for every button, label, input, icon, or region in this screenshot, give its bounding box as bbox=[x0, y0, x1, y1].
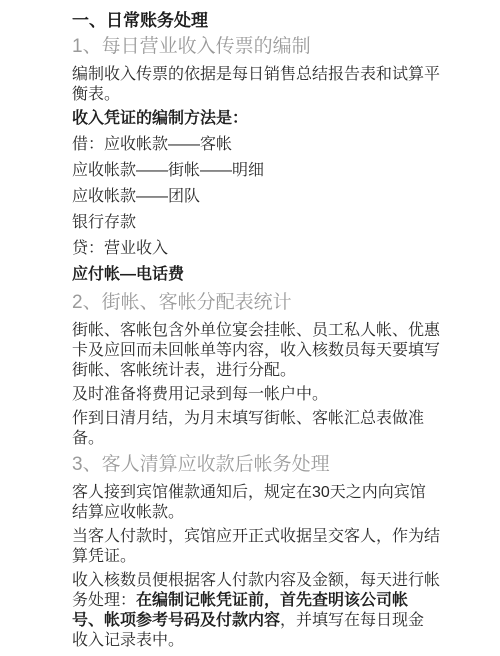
paragraph-record-fees: 及时准备将费用记录到每一帐户中。 bbox=[72, 385, 440, 405]
ledger-line-credit-revenue: 贷：营业收入 bbox=[72, 239, 440, 259]
paragraph-basis: 编制收入传票的依据是每日销售总结报告表和试算平衡表。 bbox=[72, 65, 440, 105]
ledger-line-street-detail: 应收帐款——街帐——明细 bbox=[72, 161, 440, 181]
paragraph-auditor-procedure: 收入核数员便根据客人付款内容及金额，每天进行帐务处理：在编制记帐凭证前，首先查明… bbox=[72, 571, 440, 651]
paragraph-daily-monthly-settle: 作到日清月结，为月末填写街帐、客帐汇总表做准备。 bbox=[72, 409, 440, 449]
ledger-line-payable-phone: 应付帐—电话费 bbox=[72, 265, 440, 285]
ledger-line-debit-guest: 借：应收帐款——客帐 bbox=[72, 135, 440, 155]
step-heading-2: 2、街帐、客帐分配表统计 bbox=[72, 291, 440, 315]
paragraph-street-guest-accounts: 街帐、客帐包含外单位宴会挂帐、员工私人帐、优惠卡及应回而未回帐单等内容，收入核数… bbox=[72, 321, 440, 381]
article: 一、日常账务处理 1、每日营业收入传票的编制 编制收入传票的依据是每日销售总结报… bbox=[0, 0, 500, 651]
paragraph-receipt: 当客人付款时，宾馆应开正式收据呈交客人，作为结算凭证。 bbox=[72, 527, 440, 567]
method-heading: 收入凭证的编制方法是： bbox=[72, 109, 440, 129]
step-heading-1: 1、每日营业收入传票的编制 bbox=[72, 35, 440, 59]
step-heading-3: 3、客人清算应收款后帐务处理 bbox=[72, 453, 440, 477]
ledger-line-group: 应收帐款——团队 bbox=[72, 187, 440, 207]
ledger-line-bank-deposit: 银行存款 bbox=[72, 213, 440, 233]
paragraph-payment-notice: 客人接到宾馆催款通知后，规定在30天之内向宾馆结算应收帐款。 bbox=[72, 483, 440, 523]
article-title: 一、日常账务处理 bbox=[72, 10, 440, 32]
